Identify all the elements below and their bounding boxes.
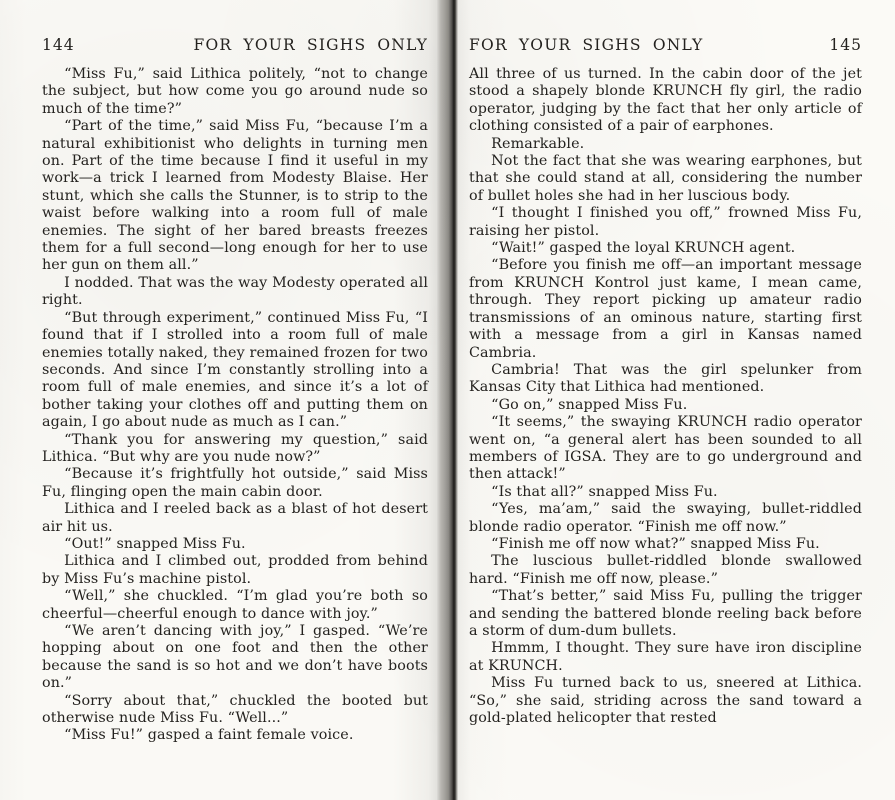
paragraph: “Out!” snapped Miss Fu. <box>42 536 428 553</box>
paragraph: “Thank you for answering my question,” s… <box>42 432 428 467</box>
paragraph: “We aren’t dancing with joy,” I gasped. … <box>42 623 428 693</box>
paragraph: Miss Fu turned back to us, sneered at Li… <box>469 675 862 727</box>
left-page: 144 FOR YOUR SIGHS ONLY “Miss Fu,” said … <box>0 0 437 800</box>
paragraph: “Wait!” gasped the loyal KRUNCH agent. <box>469 240 862 257</box>
right-page-body: All three of us turned. In the cabin doo… <box>469 66 862 727</box>
paragraph: “That’s better,” said Miss Fu, pulling t… <box>469 588 862 640</box>
right-page-header: FOR YOUR SIGHS ONLY 145 <box>469 36 862 54</box>
left-page-body: “Miss Fu,” said Lithica politely, “not t… <box>42 66 428 745</box>
paragraph: “I thought I finished you off,” frowned … <box>469 205 862 240</box>
paragraph: “But through experiment,” continued Miss… <box>42 310 428 432</box>
paragraph: “It seems,” the swaying KRUNCH radio ope… <box>469 414 862 484</box>
paragraph: “Sorry about that,” chuckled the booted … <box>42 693 428 728</box>
paragraph: Remarkable. <box>469 136 862 153</box>
paragraph: All three of us turned. In the cabin doo… <box>469 66 862 136</box>
paragraph: “Is that all?” snapped Miss Fu. <box>469 484 862 501</box>
left-page-header: 144 FOR YOUR SIGHS ONLY <box>42 36 428 54</box>
paragraph: Lithica and I reeled back as a blast of … <box>42 501 428 536</box>
paragraph: “Miss Fu!” gasped a faint female voice. <box>42 727 428 744</box>
right-page: FOR YOUR SIGHS ONLY 145 All three of us … <box>458 0 895 800</box>
paragraph: Lithica and I climbed out, prodded from … <box>42 553 428 588</box>
paragraph: “Because it’s frightfully hot outside,” … <box>42 466 428 501</box>
left-running-title: FOR YOUR SIGHS ONLY <box>194 36 428 54</box>
paragraph: “Go on,” snapped Miss Fu. <box>469 397 862 414</box>
paragraph: “Before you finish me off—an important m… <box>469 257 862 361</box>
paragraph: “Yes, ma’am,” said the swaying, bullet-r… <box>469 501 862 536</box>
right-page-number: 145 <box>829 36 862 54</box>
paragraph: Not the fact that she was wearing earpho… <box>469 153 862 205</box>
paragraph: The luscious bullet-riddled blonde swall… <box>469 553 862 588</box>
paragraph: “Part of the time,” said Miss Fu, “becau… <box>42 118 428 275</box>
left-page-number: 144 <box>42 36 75 54</box>
book-scan: 144 FOR YOUR SIGHS ONLY “Miss Fu,” said … <box>0 0 895 800</box>
paragraph: “Finish me off now what?” snapped Miss F… <box>469 536 862 553</box>
paragraph: Hmmm, I thought. They sure have iron dis… <box>469 640 862 675</box>
paragraph: “Well,” she chuckled. “I’m glad you’re b… <box>42 588 428 623</box>
page-gutter <box>437 0 458 800</box>
paragraph: Cambria! That was the girl spelunker fro… <box>469 362 862 397</box>
right-running-title: FOR YOUR SIGHS ONLY <box>469 36 703 54</box>
paragraph: “Miss Fu,” said Lithica politely, “not t… <box>42 66 428 118</box>
paragraph: I nodded. That was the way Modesty opera… <box>42 275 428 310</box>
